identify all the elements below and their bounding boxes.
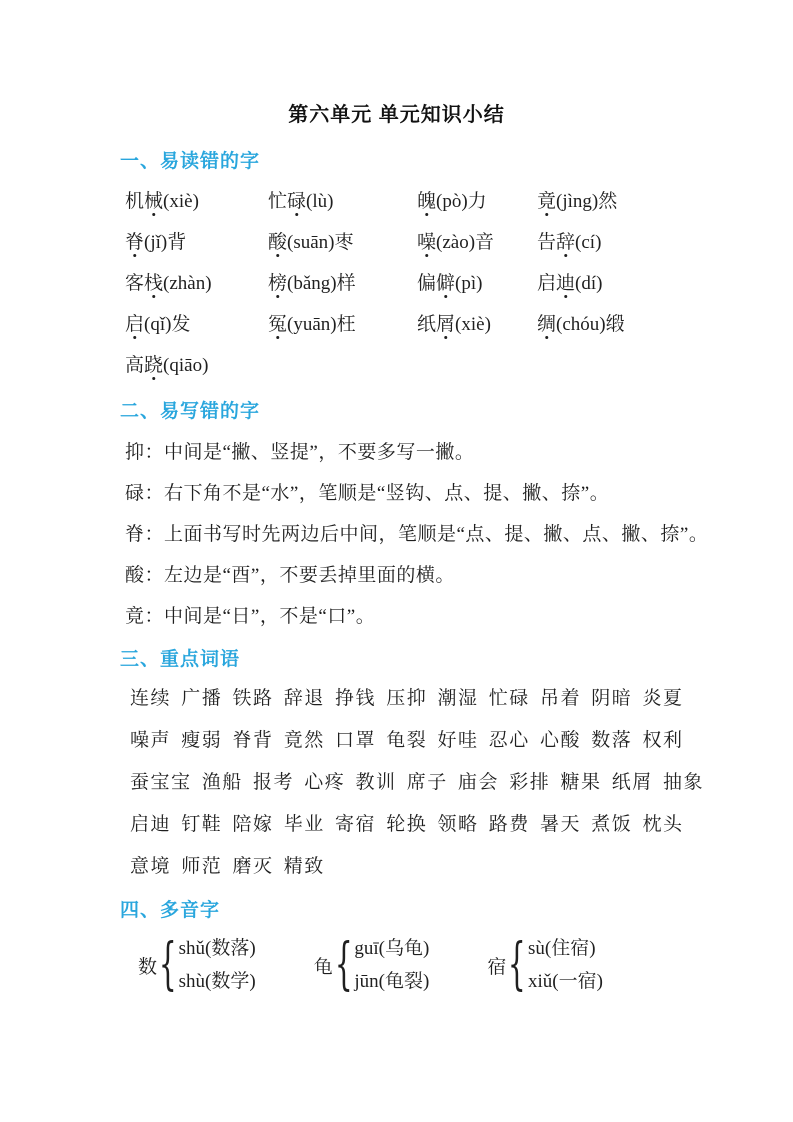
- misread-words-grid: 机械(xiè) 忙碌(lù) 魄(pò)力 竟(jìng)然 脊(jǐ)背 酸(…: [125, 181, 793, 386]
- word-entry: 高跷(qiāo): [125, 345, 268, 386]
- word-entry: 绸(chóu)缎: [537, 304, 793, 345]
- wordlist-line: 噪声 瘦弱 脊背 竟然 口罩 龟裂 好哇 忍心 心酸 数落 权利: [130, 720, 793, 762]
- pinyin-reading: guī(乌龟): [354, 932, 429, 965]
- pinyin-reading: shǔ(数落): [179, 932, 256, 965]
- wordlist-line: 连续 广播 铁路 辞退 挣钱 压抑 潮湿 忙碌 吊着 阴暗 炎夏: [130, 678, 793, 720]
- document-page: 第六单元 单元知识小结 一、易读错的字 机械(xiè) 忙碌(lù) 魄(pò)…: [0, 0, 793, 1122]
- key-words-list: 连续 广播 铁路 辞退 挣钱 压抑 潮湿 忙碌 吊着 阴暗 炎夏 噪声 瘦弱 脊…: [0, 678, 793, 888]
- emphasized-char: 迪: [556, 268, 575, 295]
- section-heading-key-words: 三、重点词语: [120, 646, 793, 673]
- word-entry: 魄(pò)力: [417, 181, 537, 222]
- page-title: 第六单元 单元知识小结: [0, 0, 793, 129]
- word-entry: 竟(jìng)然: [537, 181, 793, 222]
- polyphonic-entry: 宿 { sù(住宿) xiǔ(一宿): [487, 932, 603, 998]
- word-entry: 客栈(zhàn): [125, 263, 268, 304]
- note-line: 酸：左边是“酉”，不要丢掉里面的横。: [125, 555, 793, 596]
- section-heading-miswritten-characters: 二、易写错的字: [120, 398, 793, 425]
- wordlist-line: 启迪 钉鞋 陪嫁 毕业 寄宿 轮换 领略 路费 暑天 煮饭 枕头: [130, 804, 793, 846]
- brace-icon: {: [335, 937, 353, 993]
- emphasized-char: 跷: [144, 350, 163, 377]
- emphasized-char: 魄: [417, 186, 436, 213]
- pinyin-readings: sù(住宿) xiǔ(一宿): [528, 932, 603, 998]
- pinyin-reading: shù(数学): [179, 965, 256, 998]
- word-entry: 纸屑(xiè): [417, 304, 537, 345]
- word-entry: 告辞(cí): [537, 222, 793, 263]
- pinyin-reading: sù(住宿): [528, 932, 603, 965]
- emphasized-char: 冤: [268, 309, 287, 336]
- pinyin-reading: jūn(龟裂): [354, 965, 429, 998]
- word-entry: 脊(jǐ)背: [125, 222, 268, 263]
- wordlist-line: 意境 师范 磨灭 精致: [130, 846, 793, 888]
- emphasized-char: 脊: [125, 227, 144, 254]
- miswritten-notes: 抑：中间是“撇、竖提”，不要多写一撇。 碌：右下角不是“水”，笔顺是“竖钩、点、…: [0, 432, 793, 637]
- word-row: 机械(xiè) 忙碌(lù) 魄(pò)力 竟(jìng)然: [125, 181, 793, 222]
- emphasized-char: 噪: [417, 227, 436, 254]
- word-row: 高跷(qiāo): [125, 345, 793, 386]
- note-line: 碌：右下角不是“水”，笔顺是“竖钩、点、提、撇、捺”。: [125, 473, 793, 514]
- word-row: 客栈(zhàn) 榜(bǎng)样 偏僻(pì) 启迪(dí): [125, 263, 793, 304]
- emphasized-char: 僻: [436, 268, 455, 295]
- emphasized-char: 启: [125, 309, 144, 336]
- section-heading-polyphonic-characters: 四、多音字: [120, 897, 793, 924]
- wordlist-line: 蚕宝宝 渔船 报考 心疼 教训 席子 庙会 彩排 糖果 纸屑 抽象: [130, 762, 793, 804]
- word-entry: 忙碌(lù): [268, 181, 417, 222]
- emphasized-char: 竟: [537, 186, 556, 213]
- note-line: 脊：上面书写时先两边后中间，笔顺是“点、提、撇、点、撇、捺”。: [125, 514, 793, 555]
- emphasized-char: 绸: [537, 309, 556, 336]
- note-line: 抑：中间是“撇、竖提”，不要多写一撇。: [125, 432, 793, 473]
- word-row: 脊(jǐ)背 酸(suān)枣 噪(zào)音 告辞(cí): [125, 222, 793, 263]
- polyphonic-entry: 龟 { guī(乌龟) jūn(龟裂): [314, 932, 430, 998]
- word-entry: 冤(yuān)枉: [268, 304, 417, 345]
- emphasized-char: 碌: [287, 186, 306, 213]
- emphasized-char: 榜: [268, 268, 287, 295]
- word-entry: 噪(zào)音: [417, 222, 537, 263]
- emphasized-char: 酸: [268, 227, 287, 254]
- emphasized-char: 栈: [144, 268, 163, 295]
- pinyin-readings: shǔ(数落) shù(数学): [179, 932, 256, 998]
- emphasized-char: 械: [144, 186, 163, 213]
- pinyin-readings: guī(乌龟) jūn(龟裂): [354, 932, 429, 998]
- word-entry: 偏僻(pì): [417, 263, 537, 304]
- note-line: 竟：中间是“日”，不是“口”。: [125, 596, 793, 637]
- brace-icon: {: [159, 937, 177, 993]
- word-entry: 机械(xiè): [125, 181, 268, 222]
- word-entry: 榜(bǎng)样: [268, 263, 417, 304]
- pinyin-reading: xiǔ(一宿): [528, 965, 603, 998]
- word-entry: 启迪(dí): [537, 263, 793, 304]
- word-entry: 酸(suān)枣: [268, 222, 417, 263]
- word-entry: 启(qǐ)发: [125, 304, 268, 345]
- emphasized-char: 辞: [556, 227, 575, 254]
- polyphonic-char: 数: [138, 952, 157, 979]
- emphasized-char: 屑: [436, 309, 455, 336]
- polyphonic-char: 宿: [487, 952, 506, 979]
- section-heading-misread-characters: 一、易读错的字: [120, 148, 793, 175]
- brace-icon: {: [508, 937, 526, 993]
- polyphonic-entry: 数 { shǔ(数落) shù(数学): [138, 932, 256, 998]
- polyphonic-row: 数 { shǔ(数落) shù(数学) 龟 { guī(乌龟) jūn(龟裂) …: [0, 932, 793, 998]
- polyphonic-char: 龟: [314, 952, 333, 979]
- word-row: 启(qǐ)发 冤(yuān)枉 纸屑(xiè) 绸(chóu)缎: [125, 304, 793, 345]
